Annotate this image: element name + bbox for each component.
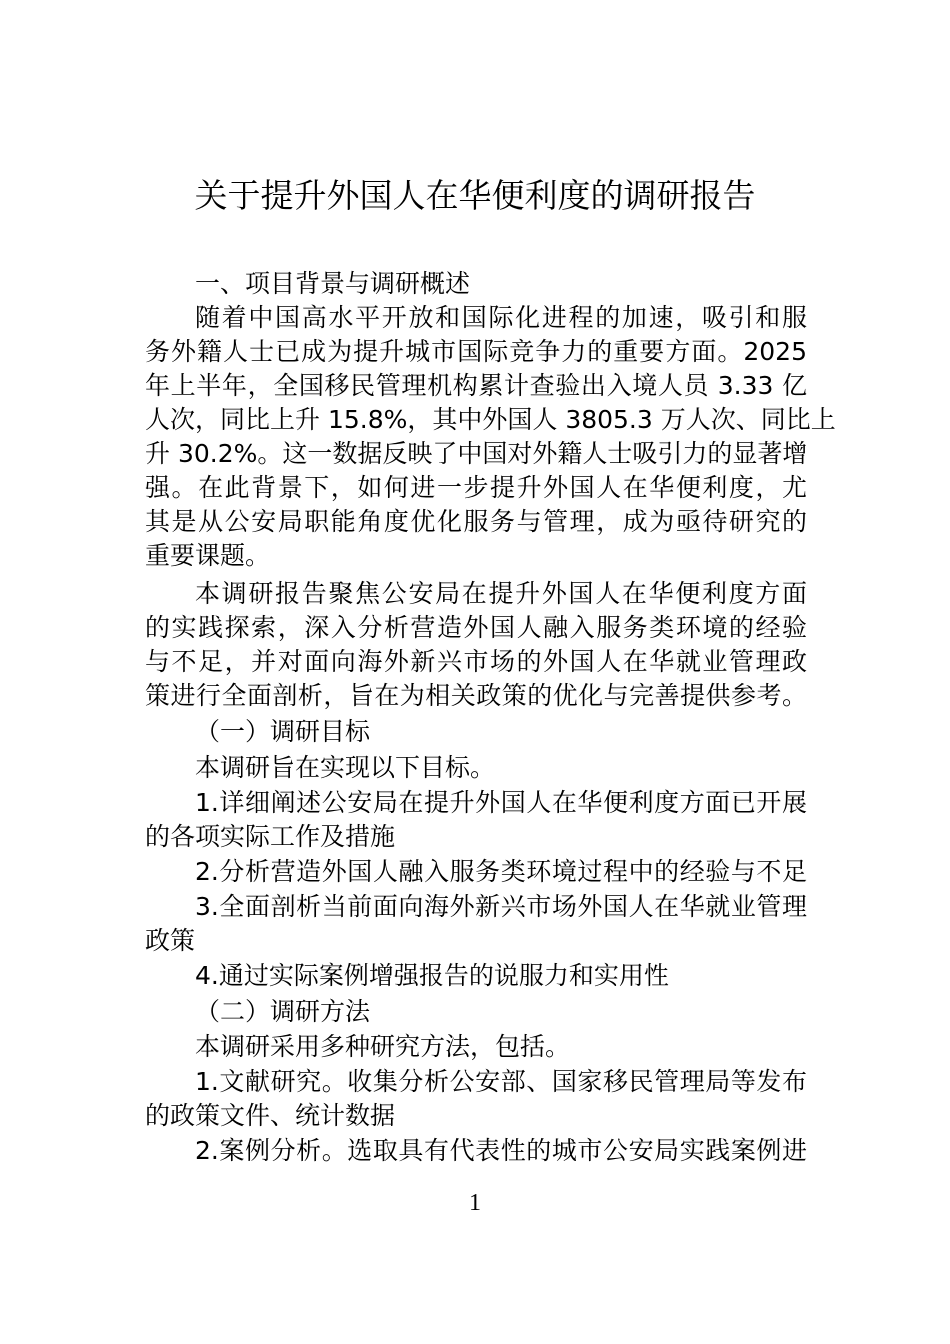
paragraph-line: 强。在此背景下，如何进一步提升外国人在华便利度，尤 [145,471,807,505]
section-heading: 一、项目背景与调研概述 [195,267,807,301]
paragraph-line: 随着中国高水平开放和国际化进程的加速，吸引和服 [195,301,807,335]
paragraph-line: 本调研旨在实现以下目标。 [195,751,807,785]
subsection-heading: （一）调研目标 [195,715,807,749]
paragraph-line: 与不足，并对面向海外新兴市场的外国人在华就业管理政 [145,645,807,679]
list-item: 2.案例分析。选取具有代表性的城市公安局实践案例进 [195,1134,807,1168]
list-item: 4.通过实际案例增强报告的说服力和实用性 [195,959,807,993]
list-item: 3.全面剖析当前面向海外新兴市场外国人在华就业管理 [195,890,807,924]
document-title: 关于提升外国人在华便利度的调研报告 [0,172,950,220]
paragraph-line: 其是从公安局职能角度优化服务与管理，成为亟待研究的 [145,505,807,539]
paragraph-line: 人次，同比上升 15.8%，其中外国人 3805.3 万人次、同比上 [145,403,807,437]
paragraph-line: 年上半年，全国移民管理机构累计查验出入境人员 3.33 亿 [145,369,807,403]
list-item: 1.详细阐述公安局在提升外国人在华便利度方面已开展 [195,786,807,820]
paragraph-line: 升 30.2%。这一数据反映了中国对外籍人士吸引力的显著增 [145,437,807,471]
list-item-continuation: 政策 [145,924,807,958]
list-item: 1.文献研究。收集分析公安部、国家移民管理局等发布 [195,1065,807,1099]
list-item-continuation: 的各项实际工作及措施 [145,820,807,854]
paragraph-line: 的实践探索，深入分析营造外国人融入服务类环境的经验 [145,611,807,645]
list-item-continuation: 的政策文件、统计数据 [145,1099,807,1133]
paragraph-line: 策进行全面剖析，旨在为相关政策的优化与完善提供参考。 [145,679,807,713]
paragraph-line: 本调研报告聚焦公安局在提升外国人在华便利度方面 [195,577,807,611]
paragraph-line: 重要课题。 [145,539,807,573]
document-page: 关于提升外国人在华便利度的调研报告 一、项目背景与调研概述 随着中国高水平开放和… [0,0,950,1344]
paragraph-line: 务外籍人士已成为提升城市国际竞争力的重要方面。2025 [145,335,807,369]
paragraph-line: 本调研采用多种研究方法，包括。 [195,1030,807,1064]
list-item: 2.分析营造外国人融入服务类环境过程中的经验与不足 [195,855,807,889]
subsection-heading: （二）调研方法 [195,995,807,1029]
page-number: 1 [0,1188,950,1218]
